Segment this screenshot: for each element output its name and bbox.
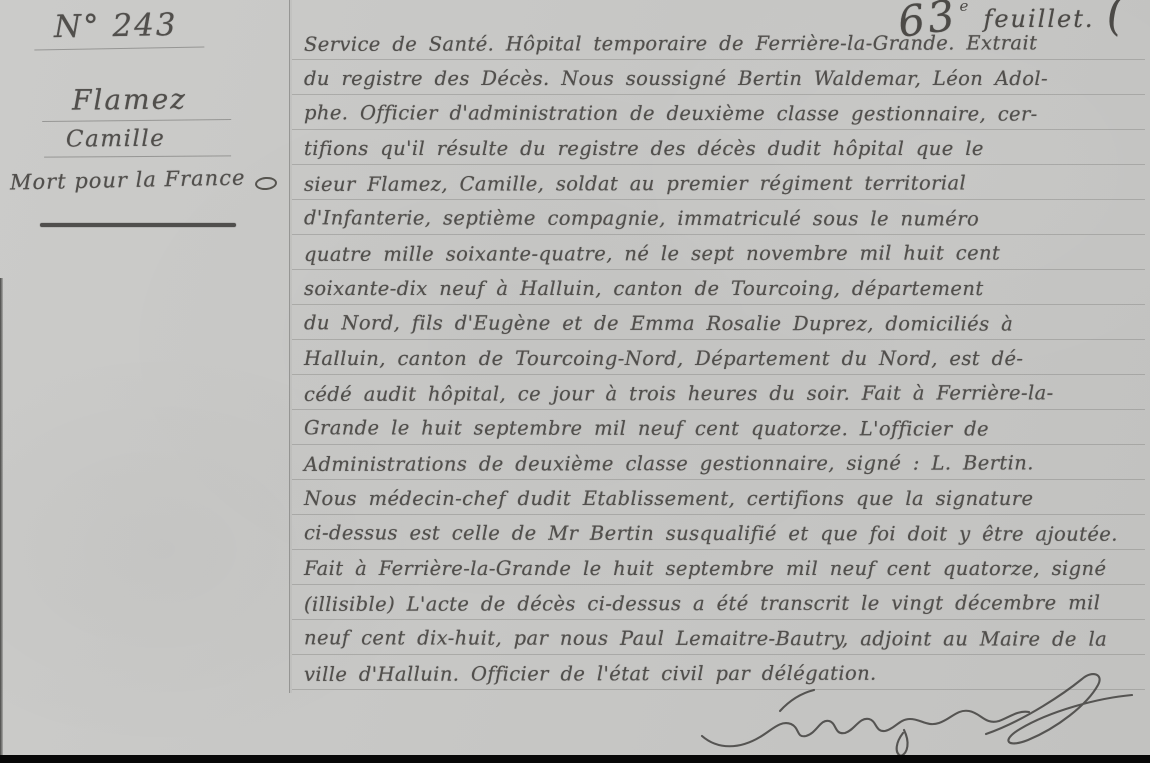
margin-divider-line — [40, 223, 236, 227]
body-line: d'Infanterie, septième compagnie, immatr… — [304, 200, 1145, 236]
body-line: neuf cent dix-huit, par nous Paul Lemait… — [304, 620, 1145, 656]
body-line: Service de Santé. Hôpital temporaire de … — [304, 25, 1145, 62]
body-line: Grande le huit septembre mil neuf cent q… — [304, 410, 1145, 446]
act-body-text: Service de Santé. Hôpital temporaire de … — [292, 26, 1145, 692]
body-line: Administrations de deuxième classe gesti… — [304, 445, 1145, 482]
body-line: du registre des Décès. Nous soussigné Be… — [304, 61, 1145, 96]
body-line: Nous médecin-chef dudit Etablissement, c… — [304, 481, 1145, 516]
body-line: soixante-dix neuf à Halluin, canton de T… — [304, 271, 1145, 306]
signature-lemaitre-bautry: Lemaitre-Bautry — [688, 670, 1140, 760]
margin-column: N° 243 Flamez Camille Mort pour la Franc… — [0, 0, 289, 763]
signature-stroke-descender — [897, 730, 908, 756]
deceased-surname: Flamez — [42, 82, 231, 122]
body-line: Fait à Ferrière-la-Grande le huit septem… — [304, 551, 1145, 586]
mention-mort-pour-la-france: Mort pour la France — [10, 166, 246, 195]
body-line: quatre mille soixante-quatre, né le sept… — [304, 235, 1145, 272]
signature-stroke-main — [702, 711, 1029, 747]
signature-stroke-flourish — [986, 674, 1132, 743]
scanned-death-certificate-page: 63e feuillet. ( N° 243 Flamez Camille Mo… — [0, 0, 1150, 763]
column-divider-rule — [289, 0, 290, 693]
body-line: du Nord, fils d'Eugène et de Emma Rosali… — [304, 305, 1145, 341]
body-line: phe. Officier d'administration de deuxiè… — [304, 95, 1145, 131]
body-line: sieur Flamez, Camille, soldat au premier… — [304, 165, 1145, 202]
body-line: ci-dessus est celle de Mr Bertin susqual… — [304, 515, 1145, 551]
scan-left-edge-shadow — [0, 278, 3, 756]
margin-oval-mark — [254, 176, 277, 191]
scan-bottom-black-band — [0, 755, 1150, 763]
body-line: (illisible) L'acte de décès ci-dessus a … — [304, 585, 1145, 622]
body-line: Halluin, canton de Tourcoing-Nord, Dépar… — [304, 341, 1145, 376]
body-line: tifions qu'il résulte du registre des dé… — [304, 131, 1145, 166]
deceased-given-name: Camille — [44, 125, 232, 157]
body-line: cédé audit hôpital, ce jour à trois heur… — [304, 375, 1145, 412]
folio-ordinal: e — [959, 0, 968, 15]
signature-stroke-tbar — [780, 690, 814, 711]
act-number: N° 243 — [34, 7, 204, 51]
